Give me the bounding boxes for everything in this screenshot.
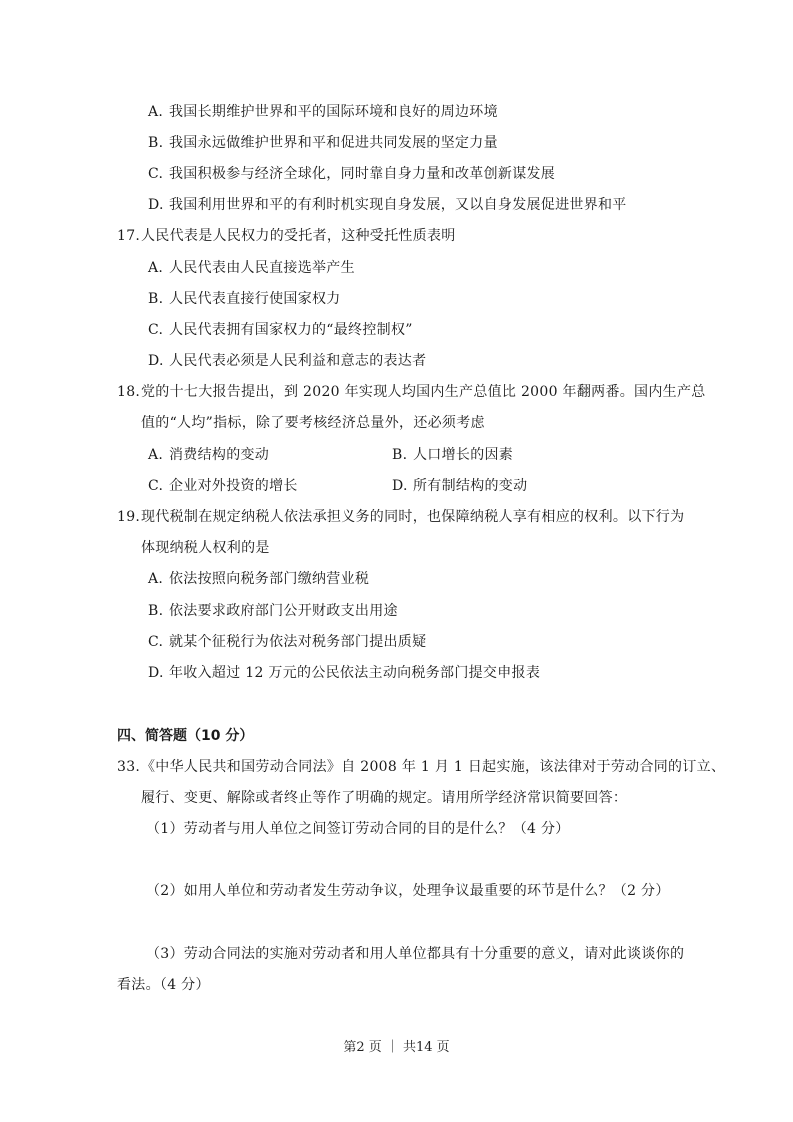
- option-text: 我国利用世界和平的有利时机实现自身发展，又以自身发展促进世界和平: [169, 197, 627, 213]
- option-label: B.: [148, 133, 169, 153]
- question-number: 33.: [117, 757, 141, 777]
- option-text: 依法要求政府部门公开财政支出用途: [169, 603, 398, 619]
- option-label: D.: [148, 663, 169, 683]
- option-label: B.: [148, 289, 169, 309]
- option-text: 我国积极参与经济全球化，同时靠自身力量和改革创新谋发展: [169, 166, 555, 182]
- option-text: 消费结构的变动: [169, 447, 269, 463]
- option-text: 人民代表直接行使国家权力: [169, 291, 341, 307]
- option-label: A.: [148, 569, 169, 589]
- question-number: 17.: [117, 226, 141, 246]
- q33-subquestion-2: （2）如用人单位和劳动者发生劳动争议，处理争议最重要的环节是什么？（2 分）: [146, 881, 670, 901]
- q18-option-c: C.企业对外投资的增长: [148, 476, 298, 496]
- q33-stem-line1: 33.《中华人民共和国劳动合同法》自 2008 年 1 月 1 日起实施，该法律…: [117, 757, 725, 777]
- q18-stem-line1: 18.党的十七大报告提出，到 2020 年实现人均国内生产总值比 2000 年翻…: [117, 382, 706, 402]
- q33-subquestion-3-line1: （3）劳动合同法的实施对劳动者和用人单位都具有十分重要的意义，请对此谈谈你的: [146, 944, 684, 964]
- option-label: C.: [148, 632, 169, 652]
- page-number-footer: 第2 页 ｜ 共14 页: [0, 1038, 793, 1058]
- option-text: 年收入超过 12 万元的公民依法主动向税务部门提交申报表: [169, 665, 540, 681]
- option-text: 依法按照向税务部门缴纳营业税: [169, 571, 369, 587]
- q17-option-b: B.人民代表直接行使国家权力: [148, 289, 341, 309]
- q17-option-c: C.人民代表拥有国家权力的“最终控制权”: [148, 320, 413, 340]
- q19-option-d: D.年收入超过 12 万元的公民依法主动向税务部门提交申报表: [148, 663, 540, 683]
- option-text: 我国长期维护世界和平的国际环境和良好的周边环境: [169, 104, 498, 120]
- option-label: B.: [392, 445, 413, 465]
- option-text: 企业对外投资的增长: [169, 478, 298, 494]
- option-text: 就某个征税行为依法对税务部门提出质疑: [169, 634, 426, 650]
- option-label: A.: [148, 102, 169, 122]
- question-text: 人民代表是人民权力的受托者，这种受托性质表明: [141, 228, 456, 244]
- q16-option-a: A.我国长期维护世界和平的国际环境和良好的周边环境: [148, 102, 498, 122]
- q16-option-b: B.我国永远做维护世界和平和促进共同发展的坚定力量: [148, 133, 498, 153]
- option-text: 所有制结构的变动: [413, 478, 527, 494]
- q18-option-a: A.消费结构的变动: [148, 445, 269, 465]
- q17-stem: 17.人民代表是人民权力的受托者，这种受托性质表明: [117, 226, 456, 246]
- option-label: C.: [148, 164, 169, 184]
- option-text: 人口增长的因素: [413, 447, 513, 463]
- q16-option-d: D.我国利用世界和平的有利时机实现自身发展，又以自身发展促进世界和平: [148, 195, 627, 215]
- q33-subquestion-3-line2: 看法。（4 分）: [117, 975, 210, 995]
- question-number: 19.: [117, 507, 141, 527]
- option-label: B.: [148, 601, 169, 621]
- option-text: 我国永远做维护世界和平和促进共同发展的坚定力量: [169, 135, 498, 151]
- section-heading: 四、简答题（10 分）: [117, 726, 253, 746]
- q17-option-a: A.人民代表由人民直接选举产生: [148, 258, 355, 278]
- option-text: 人民代表由人民直接选举产生: [169, 260, 355, 276]
- question-number: 18.: [117, 382, 141, 402]
- option-text: 人民代表必须是人民利益和意志的表达者: [169, 353, 426, 369]
- option-label: A.: [148, 445, 169, 465]
- question-text: 党的十七大报告提出，到 2020 年实现人均国内生产总值比 2000 年翻两番。…: [141, 384, 706, 400]
- question-text: 现代税制在规定纳税人依法承担义务的同时，也保障纳税人享有相应的权利。以下行为: [141, 509, 684, 525]
- q18-stem-line2: 值的“人均”指标，除了要考核经济总量外，还必须考虑: [141, 413, 485, 433]
- option-label: C.: [148, 320, 169, 340]
- option-label: A.: [148, 258, 169, 278]
- q19-option-b: B.依法要求政府部门公开财政支出用途: [148, 601, 398, 621]
- question-text: 《中华人民共和国劳动合同法》自 2008 年 1 月 1 日起实施，该法律对于劳…: [141, 759, 725, 775]
- option-label: D.: [148, 351, 169, 371]
- option-label: D.: [148, 195, 169, 215]
- q19-stem-line2: 体现纳税人权利的是: [141, 538, 270, 558]
- q19-stem-line1: 19.现代税制在规定纳税人依法承担义务的同时，也保障纳税人享有相应的权利。以下行…: [117, 507, 684, 527]
- q18-option-b: B.人口增长的因素: [392, 445, 513, 465]
- option-label: D.: [392, 476, 413, 496]
- q19-option-a: A.依法按照向税务部门缴纳营业税: [148, 569, 369, 589]
- q33-subquestion-1: （1）劳动者与用人单位之间签订劳动合同的目的是什么？（4 分）: [146, 819, 570, 839]
- q18-option-d: D.所有制结构的变动: [392, 476, 527, 496]
- option-text: 人民代表拥有国家权力的“最终控制权”: [169, 322, 413, 338]
- q16-option-c: C.我国积极参与经济全球化，同时靠自身力量和改革创新谋发展: [148, 164, 555, 184]
- q19-option-c: C.就某个征税行为依法对税务部门提出质疑: [148, 632, 426, 652]
- q33-stem-line2: 履行、变更、解除或者终止等作了明确的规定。请用所学经济常识简要回答：: [141, 788, 627, 808]
- option-label: C.: [148, 476, 169, 496]
- q17-option-d: D.人民代表必须是人民利益和意志的表达者: [148, 351, 426, 371]
